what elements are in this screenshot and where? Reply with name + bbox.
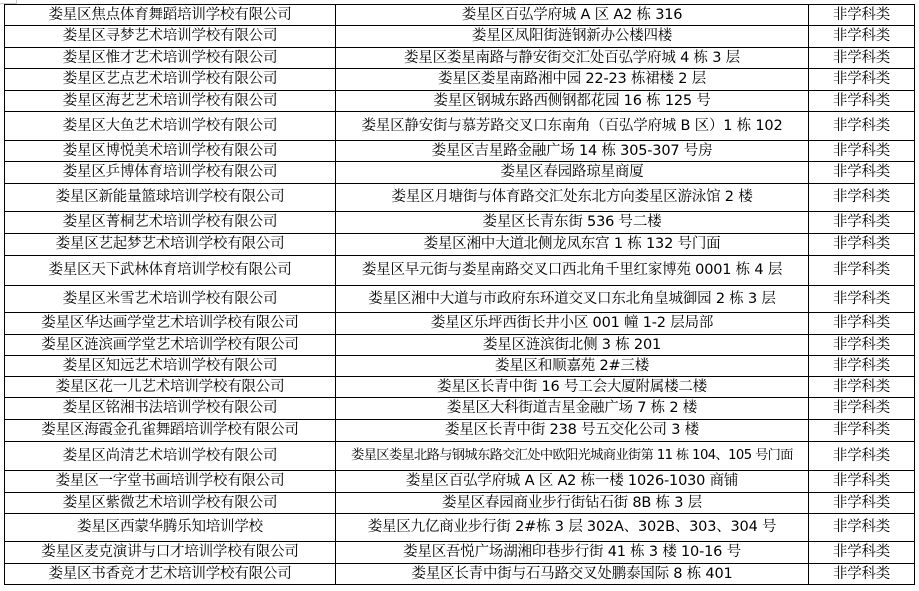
address-cell[interactable]: 娄星区吉星路金融广场 14 栋 305-307 号房: [336, 141, 809, 162]
table-row: 娄星区铭湘书法培训学校有限公司娄星区大科街道吉星金融广场 7 栋 2 楼非学科类: [5, 398, 915, 420]
category-cell[interactable]: 非学科类: [809, 398, 915, 420]
school-name-cell[interactable]: 娄星区铭湘书法培训学校有限公司: [5, 398, 336, 420]
school-name-cell[interactable]: 娄星区华达画学堂艺术培训学校有限公司: [5, 313, 336, 335]
table-row: 娄星区一字堂书画培训学校有限公司娄星区百弘学府城 A 区 A2 栋一楼 1026…: [5, 471, 915, 493]
table-row: 娄星区菁桐艺术培训学校有限公司娄星区长青东街 536 号二楼非学科类: [5, 212, 915, 234]
school-name-cell[interactable]: 娄星区艺起梦艺术培训学校有限公司: [5, 234, 336, 256]
category-cell[interactable]: 非学科类: [809, 69, 915, 91]
address-cell[interactable]: 娄星区和顺嘉苑 2#三楼: [336, 356, 809, 377]
address-cell[interactable]: 娄星区百弘学府城 A 区 A2 栋 316: [336, 5, 809, 26]
table-row: 娄星区书香竞才艺术培训学校有限公司娄星区长青中街与石马路交叉处鹏泰国际 8 栋 …: [5, 564, 915, 585]
category-cell[interactable]: 非学科类: [809, 286, 915, 313]
school-name-cell[interactable]: 娄星区大鱼艺术培训学校有限公司: [5, 112, 336, 141]
school-name-cell[interactable]: 娄星区海霞金孔雀舞蹈培训学校有限公司: [5, 420, 336, 442]
address-cell[interactable]: 娄星区长青中街与石马路交叉处鹏泰国际 8 栋 401: [336, 564, 809, 585]
category-cell[interactable]: 非学科类: [809, 420, 915, 442]
category-cell[interactable]: 非学科类: [809, 564, 915, 585]
category-cell[interactable]: 非学科类: [809, 471, 915, 493]
school-name-cell[interactable]: 娄星区焦点体育舞蹈培训学校有限公司: [5, 5, 336, 26]
school-name-cell[interactable]: 娄星区麦克演讲与口才培训学校有限公司: [5, 542, 336, 564]
table-row: 娄星区焦点体育舞蹈培训学校有限公司娄星区百弘学府城 A 区 A2 栋 316非学…: [5, 5, 915, 26]
table-row: 娄星区新能量篮球培训学校有限公司娄星区月塘街与体育路交汇处东北方向娄星区游泳馆 …: [5, 184, 915, 212]
category-cell[interactable]: 非学科类: [809, 141, 915, 162]
address-cell[interactable]: 娄星区娄星南路与静安街交汇处百弘学府城 4 栋 3 层: [336, 48, 809, 69]
address-cell[interactable]: 娄星区月塘街与体育路交汇处东北方向娄星区游泳馆 2 楼: [336, 184, 809, 212]
category-cell[interactable]: 非学科类: [809, 313, 915, 335]
category-cell[interactable]: 非学科类: [809, 184, 915, 212]
address-cell[interactable]: 娄星区大科街道吉星金融广场 7 栋 2 楼: [336, 398, 809, 420]
address-cell[interactable]: 娄星区湘中大道北侧龙凤东宫 1 栋 132 号门面: [336, 234, 809, 256]
table-row: 娄星区寻梦艺术培训学校有限公司娄星区凤阳街涟钢新办公楼四楼非学科类: [5, 26, 915, 48]
category-cell[interactable]: 非学科类: [809, 442, 915, 471]
school-name-cell[interactable]: 娄星区米雪艺术培训学校有限公司: [5, 286, 336, 313]
table-row: 娄星区涟滨画学堂艺术培训学校有限公司娄星区涟滨街北侧 3 栋 201非学科类: [5, 335, 915, 356]
category-cell[interactable]: 非学科类: [809, 542, 915, 564]
category-cell[interactable]: 非学科类: [809, 112, 915, 141]
school-name-cell[interactable]: 娄星区新能量篮球培训学校有限公司: [5, 184, 336, 212]
address-cell[interactable]: 娄星区长青中街 16 号工会大厦附属楼二楼: [336, 377, 809, 398]
table-row: 娄星区博悦美术培训学校有限公司娄星区吉星路金融广场 14 栋 305-307 号…: [5, 141, 915, 162]
school-list-table: 娄星区焦点体育舞蹈培训学校有限公司娄星区百弘学府城 A 区 A2 栋 316非学…: [4, 4, 915, 585]
address-cell[interactable]: 娄星区长青东街 536 号二楼: [336, 212, 809, 234]
table-row: 娄星区花一儿艺术培训学校有限公司娄星区长青中街 16 号工会大厦附属楼二楼非学科…: [5, 377, 915, 398]
address-cell[interactable]: 娄星区凤阳街涟钢新办公楼四楼: [336, 26, 809, 48]
address-cell[interactable]: 娄星区吾悦广场湖湘印巷步行街 41 栋 3 楼 10-16 号: [336, 542, 809, 564]
address-cell[interactable]: 娄星区百弘学府城 A 区 A2 栋一楼 1026-1030 商铺: [336, 471, 809, 493]
address-cell[interactable]: 娄星区湘中大道与市政府东环道交叉口东北角皇城御园 2 栋 3 层: [336, 286, 809, 313]
table-row: 娄星区米雪艺术培训学校有限公司娄星区湘中大道与市政府东环道交叉口东北角皇城御园 …: [5, 286, 915, 313]
school-name-cell[interactable]: 娄星区一字堂书画培训学校有限公司: [5, 471, 336, 493]
school-name-cell[interactable]: 娄星区紫微艺术培训学校有限公司: [5, 493, 336, 514]
category-cell[interactable]: 非学科类: [809, 212, 915, 234]
category-cell[interactable]: 非学科类: [809, 26, 915, 48]
school-name-cell[interactable]: 娄星区乒博体育培训学校有限公司: [5, 162, 336, 184]
category-cell[interactable]: 非学科类: [809, 48, 915, 69]
address-cell[interactable]: 娄星区春园商业步行街钻石街 8B 栋 3 层: [336, 493, 809, 514]
table-row: 娄星区海霞金孔雀舞蹈培训学校有限公司娄星区长青中街 238 号五交化公司 3 楼…: [5, 420, 915, 442]
table-row: 娄星区海艺艺术培训学校有限公司娄星区钢城东路西侧钢都花园 16 栋 125 号非…: [5, 91, 915, 112]
school-name-cell[interactable]: 娄星区博悦美术培训学校有限公司: [5, 141, 336, 162]
address-cell[interactable]: 娄星区乐坪西街长井小区 001 幢 1-2 层局部: [336, 313, 809, 335]
category-cell[interactable]: 非学科类: [809, 335, 915, 356]
table-row: 娄星区尚清艺术培训学校有限公司娄星区娄星北路与钢城东路交汇处中欧阳光城商业街第 …: [5, 442, 915, 471]
category-cell[interactable]: 非学科类: [809, 91, 915, 112]
table-row: 娄星区乒博体育培训学校有限公司娄星区春园路琼星商厦非学科类: [5, 162, 915, 184]
category-cell[interactable]: 非学科类: [809, 514, 915, 542]
category-cell[interactable]: 非学科类: [809, 493, 915, 514]
category-cell[interactable]: 非学科类: [809, 5, 915, 26]
category-cell[interactable]: 非学科类: [809, 256, 915, 286]
table-row: 娄星区华达画学堂艺术培训学校有限公司娄星区乐坪西街长井小区 001 幢 1-2 …: [5, 313, 915, 335]
category-cell[interactable]: 非学科类: [809, 162, 915, 184]
school-name-cell[interactable]: 娄星区海艺艺术培训学校有限公司: [5, 91, 336, 112]
school-name-cell[interactable]: 娄星区天下武林体育培训学校有限公司: [5, 256, 336, 286]
school-name-cell[interactable]: 娄星区尚清艺术培训学校有限公司: [5, 442, 336, 471]
address-cell[interactable]: 娄星区长青中街 238 号五交化公司 3 楼: [336, 420, 809, 442]
school-name-cell[interactable]: 娄星区菁桐艺术培训学校有限公司: [5, 212, 336, 234]
table-row: 娄星区麦克演讲与口才培训学校有限公司娄星区吾悦广场湖湘印巷步行街 41 栋 3 …: [5, 542, 915, 564]
address-cell[interactable]: 娄星区涟滨街北侧 3 栋 201: [336, 335, 809, 356]
table-row: 娄星区艺点艺术培训学校有限公司娄星区娄星南路湘中园 22-23 栋裙楼 2 层非…: [5, 69, 915, 91]
category-cell[interactable]: 非学科类: [809, 356, 915, 377]
category-cell[interactable]: 非学科类: [809, 377, 915, 398]
table-row: 娄星区大鱼艺术培训学校有限公司娄星区静安街与慕芳路交叉口东南角（百弘学府城 B …: [5, 112, 915, 141]
address-cell[interactable]: 娄星区娄星北路与钢城东路交汇处中欧阳光城商业街第 11 栋 104、105 号门…: [336, 442, 809, 471]
address-cell[interactable]: 娄星区春园路琼星商厦: [336, 162, 809, 184]
school-name-cell[interactable]: 娄星区寻梦艺术培训学校有限公司: [5, 26, 336, 48]
table-row: 娄星区西蒙华腾乐知培训学校娄星区九亿商业步行街 2#栋 3 层 302A、302…: [5, 514, 915, 542]
table-body: 娄星区焦点体育舞蹈培训学校有限公司娄星区百弘学府城 A 区 A2 栋 316非学…: [5, 5, 915, 585]
school-name-cell[interactable]: 娄星区惟才艺术培训学校有限公司: [5, 48, 336, 69]
address-cell[interactable]: 娄星区早元街与娄星南路交叉口西北角千里红家博苑 0001 栋 4 层: [336, 256, 809, 286]
table-row: 娄星区惟才艺术培训学校有限公司娄星区娄星南路与静安街交汇处百弘学府城 4 栋 3…: [5, 48, 915, 69]
table-row: 娄星区知远艺术培训学校有限公司娄星区和顺嘉苑 2#三楼非学科类: [5, 356, 915, 377]
school-name-cell[interactable]: 娄星区花一儿艺术培训学校有限公司: [5, 377, 336, 398]
school-name-cell[interactable]: 娄星区西蒙华腾乐知培训学校: [5, 514, 336, 542]
table-row: 娄星区紫微艺术培训学校有限公司娄星区春园商业步行街钻石街 8B 栋 3 层非学科…: [5, 493, 915, 514]
table-row: 娄星区艺起梦艺术培训学校有限公司娄星区湘中大道北侧龙凤东宫 1 栋 132 号门…: [5, 234, 915, 256]
table-row: 娄星区天下武林体育培训学校有限公司娄星区早元街与娄星南路交叉口西北角千里红家博苑…: [5, 256, 915, 286]
school-name-cell[interactable]: 娄星区书香竞才艺术培训学校有限公司: [5, 564, 336, 585]
address-cell[interactable]: 娄星区娄星南路湘中园 22-23 栋裙楼 2 层: [336, 69, 809, 91]
address-cell[interactable]: 娄星区九亿商业步行街 2#栋 3 层 302A、302B、303、304 号: [336, 514, 809, 542]
school-name-cell[interactable]: 娄星区涟滨画学堂艺术培训学校有限公司: [5, 335, 336, 356]
school-name-cell[interactable]: 娄星区艺点艺术培训学校有限公司: [5, 69, 336, 91]
address-cell[interactable]: 娄星区静安街与慕芳路交叉口东南角（百弘学府城 B 区）1 栋 102: [336, 112, 809, 141]
address-cell[interactable]: 娄星区钢城东路西侧钢都花园 16 栋 125 号: [336, 91, 809, 112]
school-name-cell[interactable]: 娄星区知远艺术培训学校有限公司: [5, 356, 336, 377]
category-cell[interactable]: 非学科类: [809, 234, 915, 256]
